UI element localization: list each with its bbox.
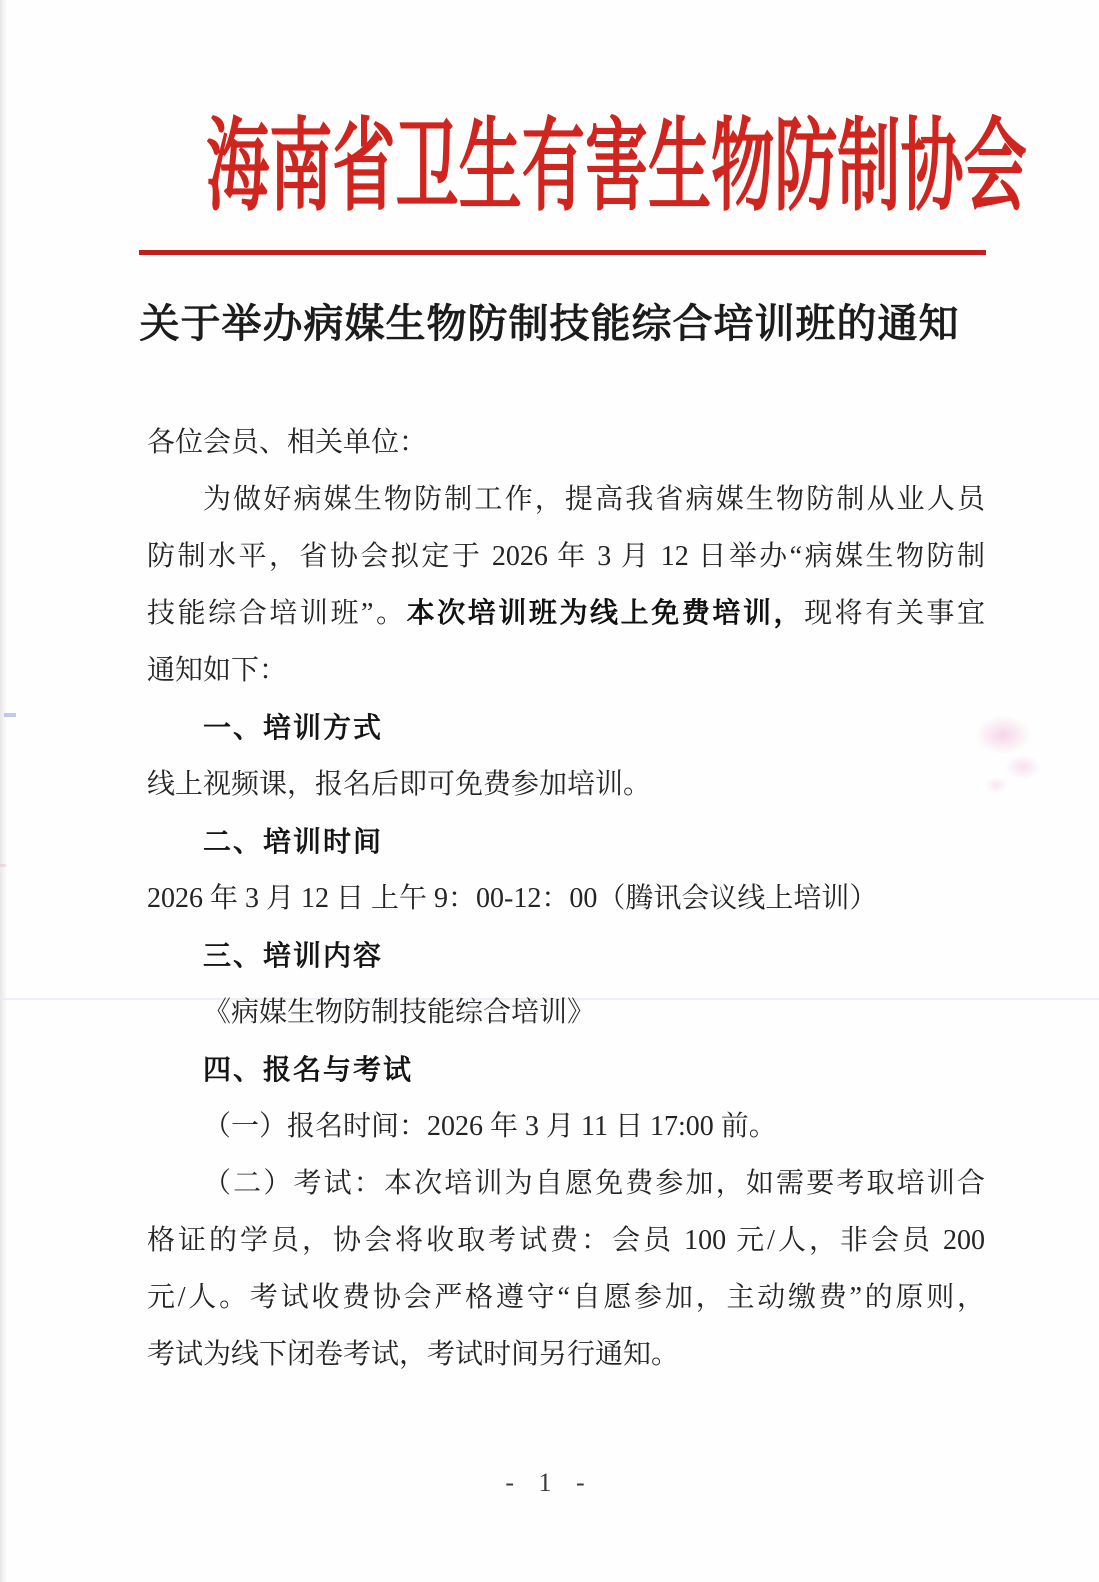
document-body: 各位会员、相关单位： 为做好病媒生物防制工作，提高我省病媒生物防制从业人员 防制…: [147, 414, 985, 1383]
paragraph-line: 2026 年 3 月 12 日 上午 9：00-12：00（腾讯会议线上培训）: [147, 870, 985, 927]
paragraph-line: 格证的学员，协会将收取考试费：会员 100 元/人，非会员 200: [147, 1212, 985, 1269]
scan-edge-tick: [4, 713, 16, 717]
paragraph-segment: 技能综合培训班”。: [147, 598, 407, 629]
section-heading-1: 一、培训方式: [147, 699, 985, 756]
paragraph-line: 《病媒生物防制技能综合培训》: [147, 984, 985, 1041]
paragraph-line: 防制水平，省协会拟定于 2026 年 3 月 12 日举办“病媒生物防制: [147, 528, 985, 585]
document-title: 关于举办病媒生物防制技能综合培训班的通知: [0, 292, 1099, 349]
scan-edge-tick: [0, 864, 6, 867]
organization-title: 海南省卫生有害生物防制协会: [206, 112, 893, 223]
paragraph-line: 考试为线下闭卷考试，考试时间另行通知。: [147, 1326, 985, 1383]
paragraph-segment: 现将有关事宜: [804, 598, 985, 629]
section-heading-3: 三、培训内容: [147, 927, 985, 984]
paragraph-line: （一）报名时间：2026 年 3 月 11 日 17:00 前。: [147, 1098, 985, 1155]
document-page: 海南省卫生有害生物防制协会 关于举办病媒生物防制技能综合培训班的通知 各位会员、…: [0, 0, 1099, 1582]
masthead-divider-rule: [139, 250, 986, 255]
salutation-line: 各位会员、相关单位：: [147, 414, 985, 471]
paragraph-line: 技能综合培训班”。本次培训班为线上免费培训，现将有关事宜: [147, 585, 985, 642]
section-heading-2: 二、培训时间: [147, 813, 985, 870]
paragraph-line: 线上视频课，报名后即可免费参加培训。: [147, 756, 985, 813]
paragraph-line: 元/人。考试收费协会严格遵守“自愿参加，主动缴费”的原则，: [147, 1269, 985, 1326]
page-number: - 1 -: [0, 1468, 1099, 1498]
section-heading-4: 四、报名与考试: [147, 1041, 985, 1098]
paragraph-line: 为做好病媒生物防制工作，提高我省病媒生物防制从业人员: [147, 471, 985, 528]
paragraph-line: 通知如下：: [147, 642, 985, 699]
scan-edge-artifact: [0, 0, 7, 1582]
paragraph-line: （二）考试：本次培训为自愿免费参加，如需要考取培训合: [147, 1155, 985, 1212]
paragraph-segment-bold: 本次培训班为线上免费培训，: [407, 598, 804, 629]
